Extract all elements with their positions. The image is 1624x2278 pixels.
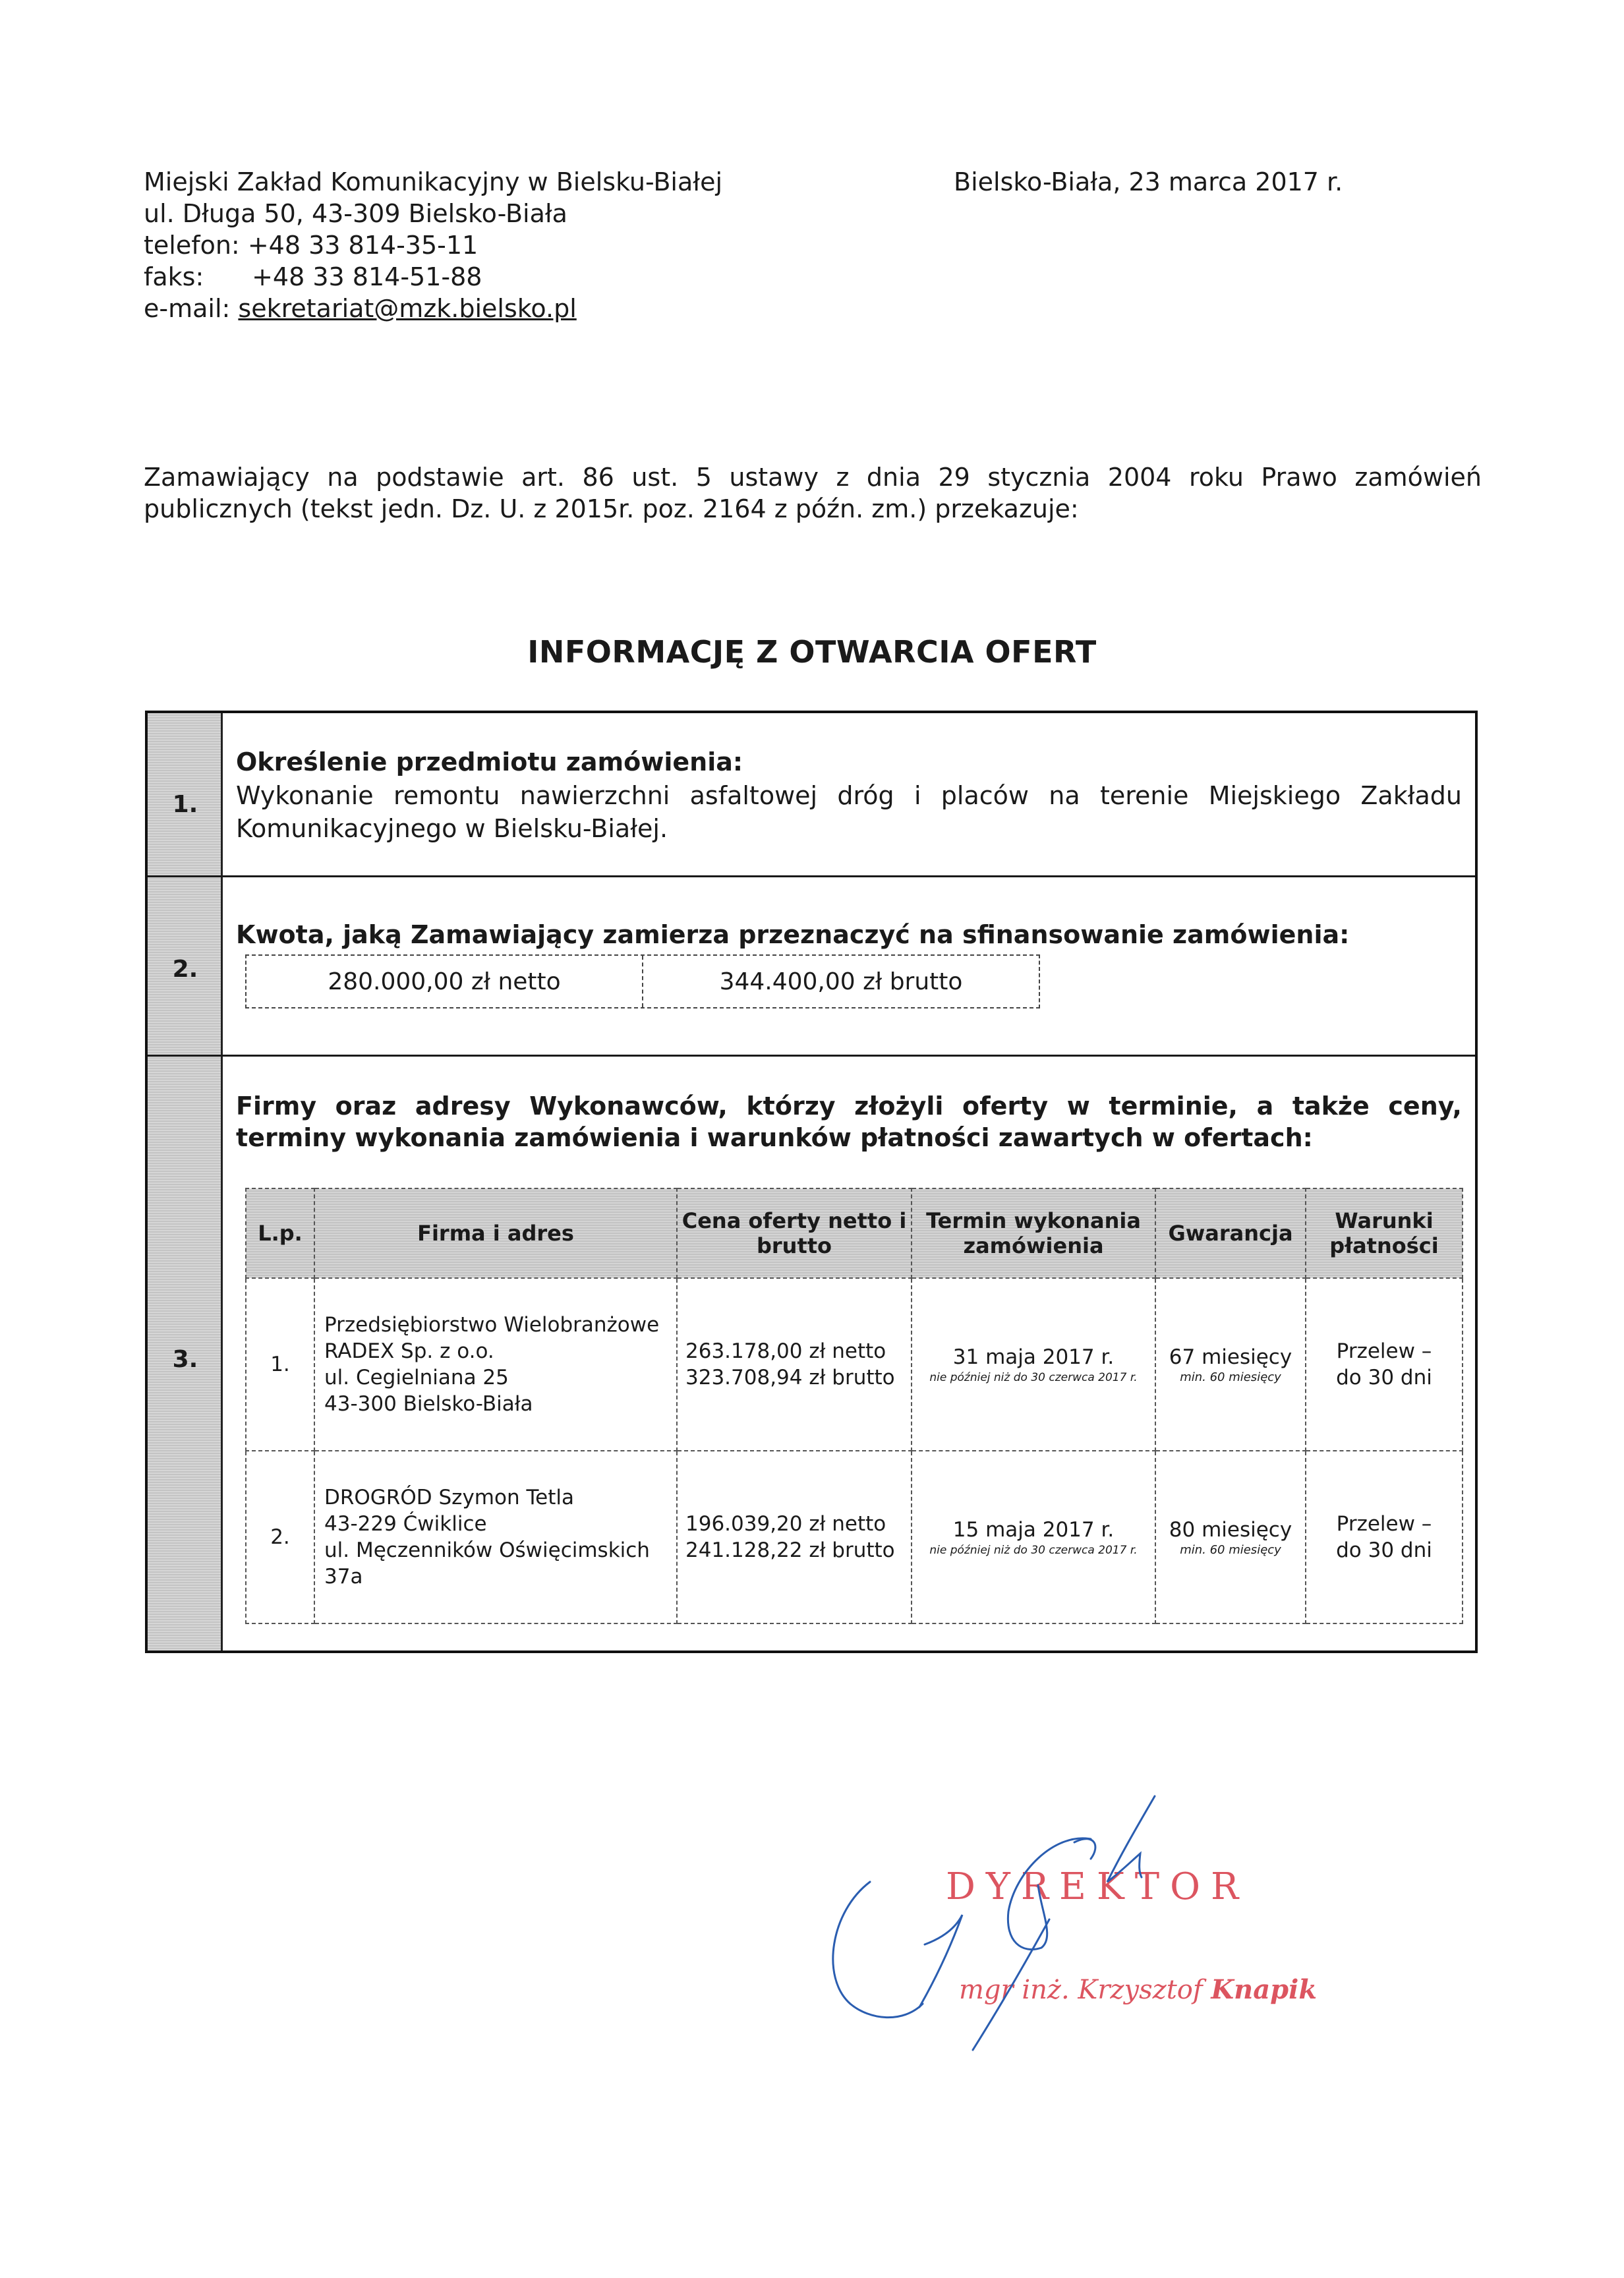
offer-warranty: 80 miesięcy min. 60 miesięcy [1155, 1451, 1306, 1623]
amount-brutto: 344.400,00 zł brutto [643, 956, 1039, 1007]
document-title: INFORMACJĘ Z OTWARCIA OFERT [0, 634, 1624, 670]
payment-line: do 30 dni [1312, 1537, 1457, 1563]
payment-line: Przelew – [1312, 1338, 1457, 1364]
section-2-heading: Kwota, jaką Zamawiający zamierza przezna… [236, 920, 1349, 949]
payment-line: Przelew – [1312, 1511, 1457, 1537]
price-brutto: 323.708,94 zł brutto [685, 1364, 906, 1391]
firm-line: RADEX Sp. z o.o. [324, 1338, 671, 1364]
section-1-number: 1. [148, 791, 223, 818]
offer-payment: Przelew – do 30 dni [1306, 1451, 1463, 1623]
section-number-column [148, 713, 223, 1650]
table-row: 2. DROGRÓD Szymon Tetla 43-229 Ćwiklice … [246, 1451, 1463, 1623]
section-3-heading: Firmy oraz adresy Wykonawców, którzy zło… [236, 1090, 1462, 1154]
price-netto: 196.039,20 zł netto [685, 1511, 906, 1537]
warranty-value: 67 miesięcy [1161, 1344, 1300, 1370]
sender-address: ul. Długa 50, 43-309 Bielsko-Biała [144, 198, 722, 229]
sender-name: Miejski Zakład Komunikacyjny w Bielsku-B… [144, 166, 722, 198]
information-frame: 1. Określenie przedmiotu zamówienia: Wyk… [145, 711, 1478, 1653]
section-3-number: 3. [148, 1346, 223, 1373]
payment-line: do 30 dni [1312, 1364, 1457, 1391]
firm-line: ul. Męczenników Oświęcimskich 37a [324, 1537, 671, 1590]
sender-fax: faks: +48 33 814-51-88 [144, 261, 722, 293]
offer-firm: Przedsiębiorstwo Wielobranżowe RADEX Sp.… [314, 1278, 677, 1451]
column-header-payment: Warunki płatności [1306, 1188, 1463, 1278]
column-header-firm: Firma i adres [314, 1188, 677, 1278]
offer-price: 196.039,20 zł netto 241.128,22 zł brutto [677, 1451, 912, 1623]
amount-box: 280.000,00 zł netto 344.400,00 zł brutto [245, 954, 1040, 1008]
warranty-value: 80 miesięcy [1161, 1517, 1300, 1543]
section-2-number: 2. [148, 956, 223, 983]
intro-paragraph: Zamawiający na podstawie art. 86 ust. 5 … [144, 461, 1482, 525]
sender-phone: telefon: +48 33 814-35-11 [144, 229, 722, 261]
warranty-note: min. 60 miesięcy [1161, 1543, 1300, 1558]
email-link[interactable]: sekretariat@mzk.bielsko.pl [238, 294, 576, 323]
email-label: e-mail: [144, 293, 230, 324]
column-header-warranty: Gwarancja [1155, 1188, 1306, 1278]
offer-term: 15 maja 2017 r. nie później niż do 30 cz… [912, 1451, 1155, 1623]
table-header-row: L.p. Firma i adres Cena oferty netto i b… [246, 1188, 1463, 1278]
offer-price: 263.178,00 zł netto 323.708,94 zł brutto [677, 1278, 912, 1451]
offer-firm: DROGRÓD Szymon Tetla 43-229 Ćwiklice ul.… [314, 1451, 677, 1623]
fax-label: faks: [144, 261, 244, 293]
table-row: 1. Przedsiębiorstwo Wielobranżowe RADEX … [246, 1278, 1463, 1451]
handwritten-signature-icon [824, 1780, 1417, 2057]
column-header-term: Termin wykonania zamówienia [912, 1188, 1155, 1278]
offers-table: L.p. Firma i adres Cena oferty netto i b… [245, 1188, 1463, 1624]
warranty-note: min. 60 miesięcy [1161, 1370, 1300, 1385]
section-1-body: Wykonanie remontu nawierzchni asfaltowej… [236, 779, 1462, 845]
offer-lp: 2. [246, 1451, 314, 1623]
section-divider [148, 1055, 1475, 1057]
firm-line: Przedsiębiorstwo Wielobranżowe [324, 1312, 671, 1338]
offer-payment: Przelew – do 30 dni [1306, 1278, 1463, 1451]
place-date: Bielsko-Biała, 23 marca 2017 r. [954, 166, 1343, 198]
amount-netto: 280.000,00 zł netto [246, 956, 643, 1007]
price-brutto: 241.128,22 zł brutto [685, 1537, 906, 1563]
offer-warranty: 67 miesięcy min. 60 miesięcy [1155, 1278, 1306, 1451]
phone-value: +48 33 814-35-11 [248, 231, 478, 260]
term-note: nie później niż do 30 czerwca 2017 r. [917, 1370, 1149, 1385]
column-header-price: Cena oferty netto i brutto [677, 1188, 912, 1278]
sender-block: Miejski Zakład Komunikacyjny w Bielsku-B… [144, 166, 722, 324]
section-1-heading: Określenie przedmiotu zamówienia: [236, 747, 743, 776]
term-date: 15 maja 2017 r. [917, 1517, 1149, 1543]
firm-line: 43-229 Ćwiklice [324, 1511, 671, 1537]
column-header-lp: L.p. [246, 1188, 314, 1278]
price-netto: 263.178,00 zł netto [685, 1338, 906, 1364]
firm-line: 43-300 Bielsko-Biała [324, 1391, 671, 1417]
sender-email: e-mail: sekretariat@mzk.bielsko.pl [144, 293, 722, 324]
firm-line: ul. Cegielniana 25 [324, 1364, 671, 1391]
term-date: 31 maja 2017 r. [917, 1344, 1149, 1370]
section-divider [148, 875, 1475, 877]
term-note: nie później niż do 30 czerwca 2017 r. [917, 1543, 1149, 1558]
offer-term: 31 maja 2017 r. nie później niż do 30 cz… [912, 1278, 1155, 1451]
firm-line: DROGRÓD Szymon Tetla [324, 1484, 671, 1511]
offer-lp: 1. [246, 1278, 314, 1451]
phone-label: telefon: [144, 229, 240, 261]
fax-value: +48 33 814-51-88 [252, 262, 482, 291]
